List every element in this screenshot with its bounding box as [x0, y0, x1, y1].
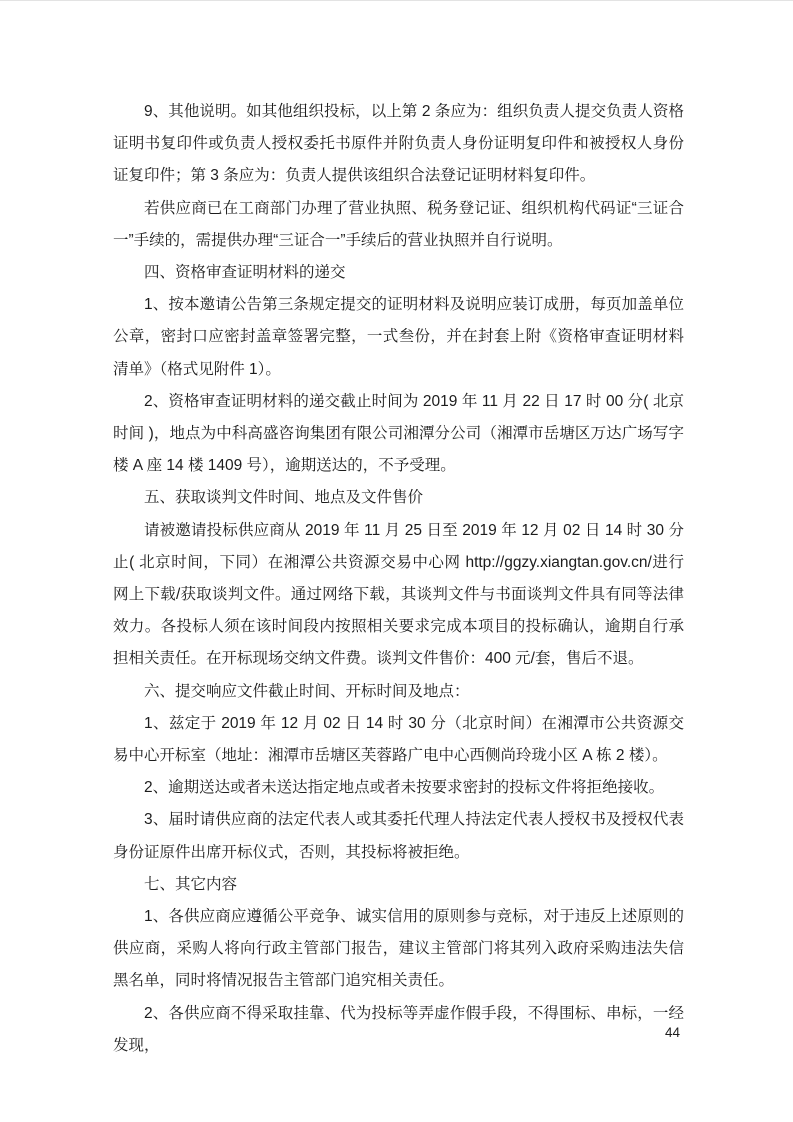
- page-number: 44: [665, 1023, 680, 1043]
- para-representative-attendance: 3、届时请供应商的法定代表人或其委托代理人持法定代表人授权书及授权代表身份证原件…: [113, 804, 684, 868]
- para-binding-sealing-requirements: 1、按本邀请公告第三条规定提交的证明材料及说明应装订成册，每页加盖单位公章，密封…: [113, 289, 684, 386]
- section-heading-6-bid-opening: 六、提交响应文件截止时间、开标时间及地点：: [113, 676, 684, 708]
- para-three-in-one-certificate: 若供应商已在工商部门办理了营业执照、税务登记证、组织机构代码证“三证合一”手续的…: [113, 193, 684, 257]
- section-heading-5-document-purchase: 五、获取谈判文件时间、地点及文件售价: [113, 482, 684, 514]
- para-no-fraudulent-bidding: 2、各供应商不得采取挂靠、代为投标等弄虚作假手段，不得围标、串标，一经发现，: [113, 998, 684, 1062]
- para-download-period-price: 请被邀请投标供应商从 2019 年 11 月 25 日至 2019 年 12 月…: [113, 515, 684, 676]
- para-submission-deadline-location: 2、资格审查证明材料的递交截止时间为 2019 年 11 月 22 日 17 时…: [113, 386, 684, 483]
- para-other-instructions: 9、其他说明。如其他组织投标，以上第 2 条应为：组织负责人提交负责人资格证明书…: [113, 96, 684, 193]
- document-page: 9、其他说明。如其他组织投标，以上第 2 条应为：组织负责人提交负责人资格证明书…: [0, 0, 793, 1122]
- text-block: 9、其他说明。如其他组织投标，以上第 2 条应为：组织负责人提交负责人资格证明书…: [113, 96, 684, 1062]
- para-bid-opening-time-place: 1、兹定于 2019 年 12 月 02 日 14 时 30 分（北京时间）在湘…: [113, 708, 684, 772]
- section-heading-7-other-content: 七、其它内容: [113, 869, 684, 901]
- para-late-delivery-rejection: 2、逾期送达或者未送达指定地点或者未按要求密封的投标文件将拒绝接收。: [113, 772, 684, 804]
- section-heading-4-materials-submission: 四、资格审查证明材料的递交: [113, 257, 684, 289]
- para-fair-competition-principle: 1、各供应商应遵循公平竞争、诚实信用的原则参与竞标，对于违反上述原则的供应商，采…: [113, 901, 684, 998]
